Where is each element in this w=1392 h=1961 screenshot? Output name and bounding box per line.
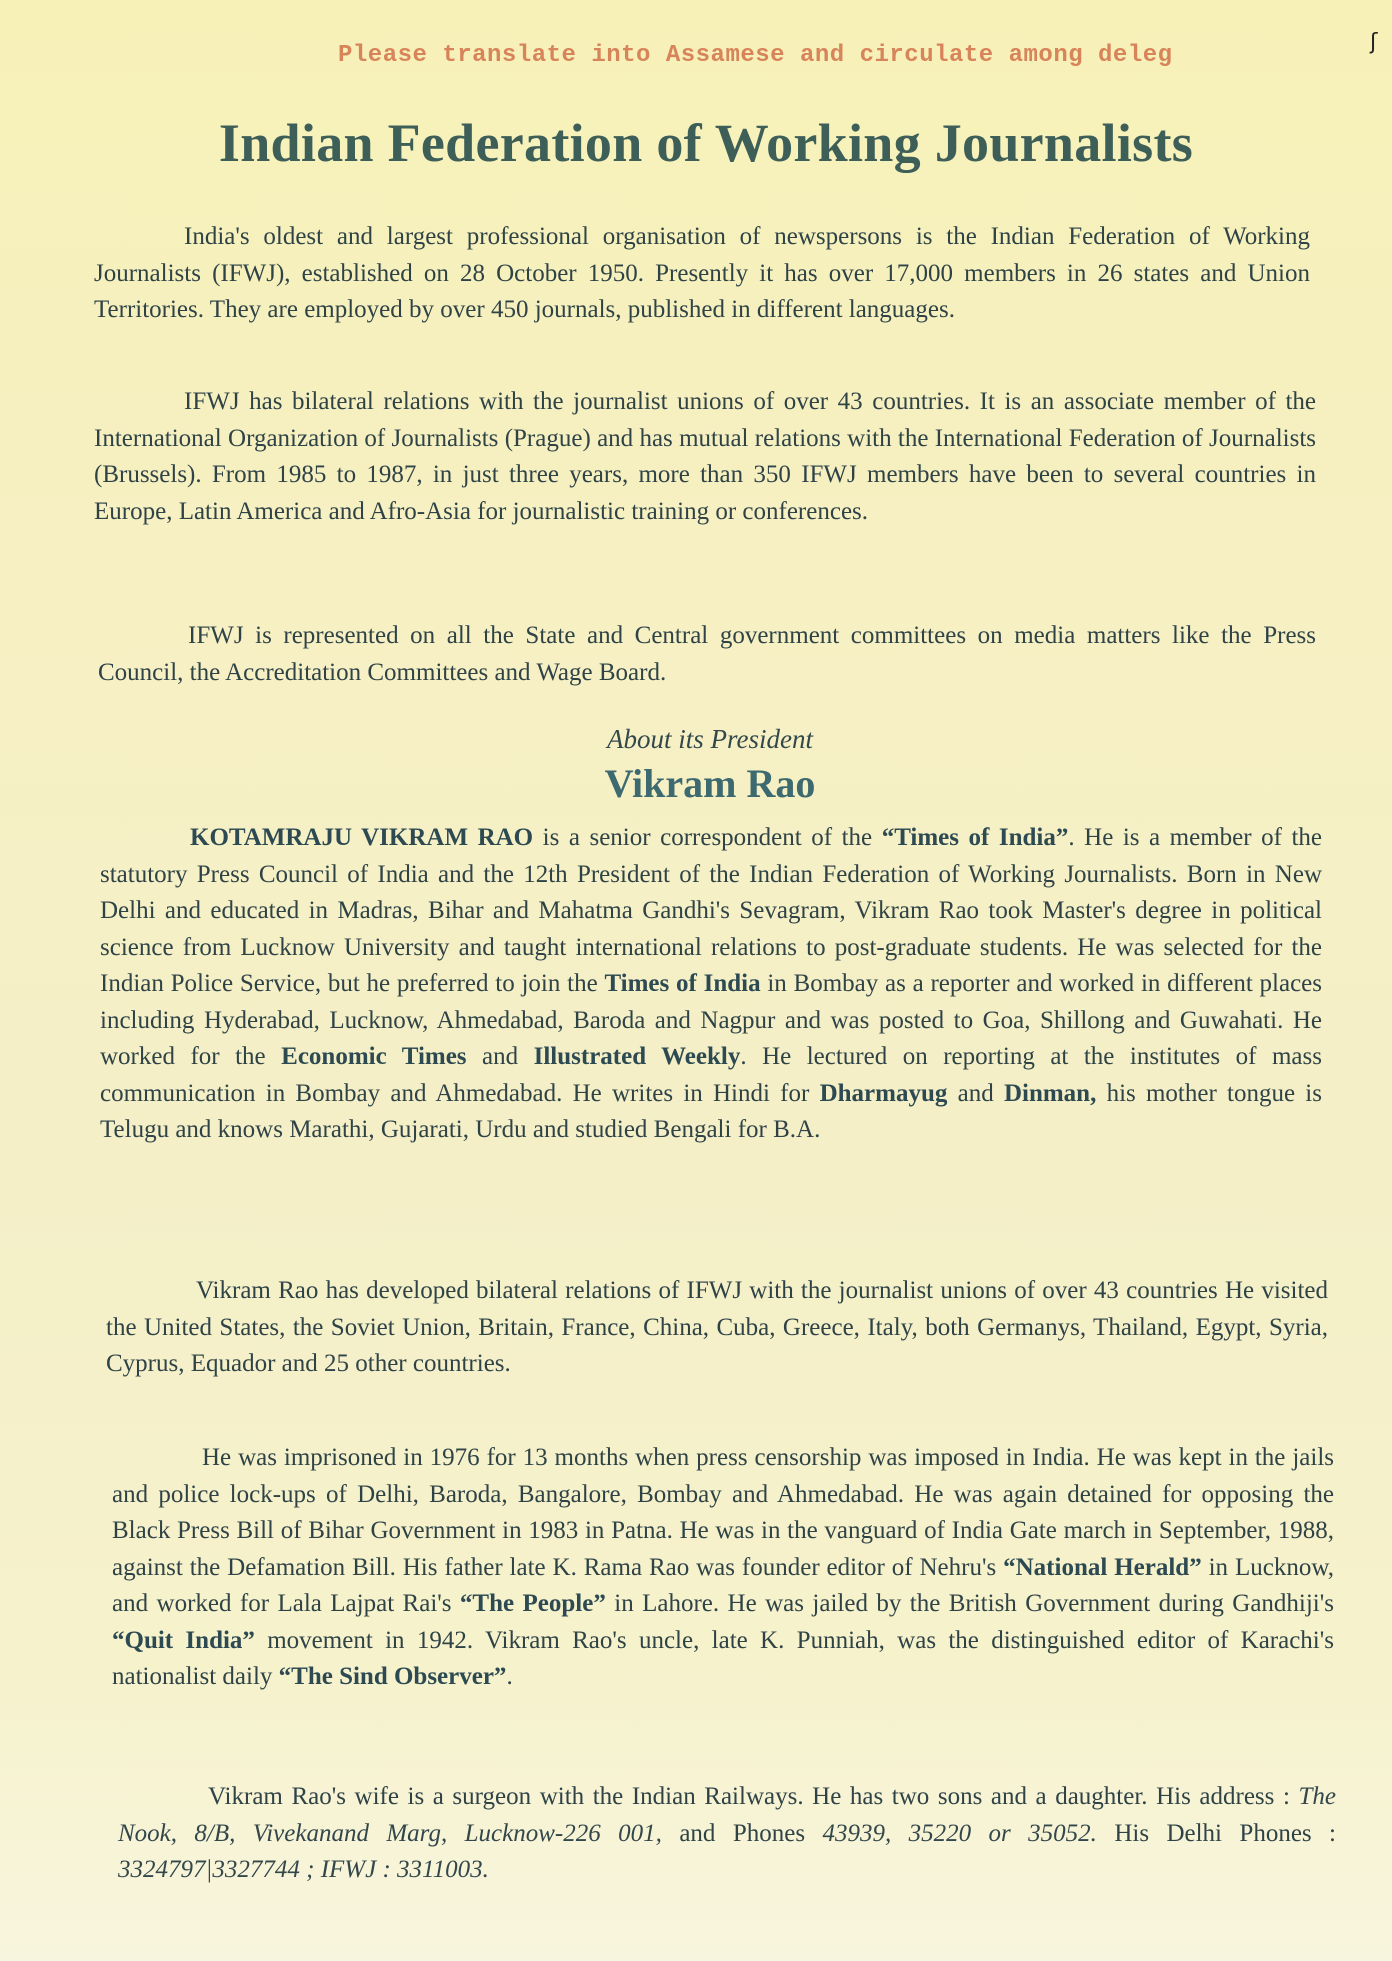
bio-text: and [947,1080,1004,1107]
bio-text: is a senior correspondent of the [533,824,882,851]
full-name: KOTAMRAJU VIKRAM RAO [190,824,533,851]
family-paragraph: Vikram Rao's wife is a surgeon with the … [118,1779,1336,1889]
relations-text: IFWJ has bilateral relations with the jo… [94,388,1316,525]
publication-name: “Times of India” [882,824,1069,851]
family-text: and Phones [662,1820,823,1847]
publication-name: “The Sind Observer” [279,1663,507,1690]
intro-paragraph: India's oldest and largest professional … [94,219,1310,329]
bio-paragraph: KOTAMRAJU VIKRAM RAO is a senior corresp… [100,820,1322,1149]
travel-paragraph: Vikram Rao has developed bilateral relat… [106,1273,1328,1383]
handwritten-translation-note: Please translate into Assamese and circu… [338,42,1173,69]
intro-text: India's oldest and largest professional … [94,223,1310,323]
family-text: Vikram Rao's wife is a surgeon with the … [208,1783,1299,1810]
publication-name: Illustrated Weekly [534,1043,741,1070]
phone-numbers: 43939, 35220 or 35052. [822,1820,1096,1847]
publication-name: Times of India [604,970,760,997]
imprisonment-text: . [506,1663,512,1690]
travel-text: Vikram Rao has developed bilateral relat… [106,1277,1328,1377]
publication-name: Dinman, [1004,1080,1096,1107]
margin-mark: ʃ [1370,30,1377,55]
imprisonment-paragraph: He was imprisoned in 1976 for 13 months … [112,1440,1334,1696]
publication-name: “The People” [460,1590,606,1617]
publication-name: “National Herald” [1003,1554,1202,1581]
movement-name: “Quit India” [112,1627,255,1654]
document-title: Indian Federation of Working Journalists [0,112,1392,174]
publication-name: Economic Times [281,1043,466,1070]
section-subtitle: About its President [0,724,1392,755]
delhi-phone-numbers: 3324797|3327744 ; IFWJ : 3311003. [118,1856,489,1883]
representation-text: IFWJ is represented on all the State and… [98,622,1316,686]
representation-paragraph: IFWJ is represented on all the State and… [98,618,1316,691]
imprisonment-text: in Lahore. He was jailed by the British … [606,1590,1334,1617]
publication-name: Dharmayug [820,1080,948,1107]
relations-paragraph: IFWJ has bilateral relations with the jo… [94,384,1316,530]
bio-text: and [467,1043,534,1070]
president-name-heading: Vikram Rao [0,760,1392,807]
family-text: His Delhi Phones : [1097,1820,1336,1847]
